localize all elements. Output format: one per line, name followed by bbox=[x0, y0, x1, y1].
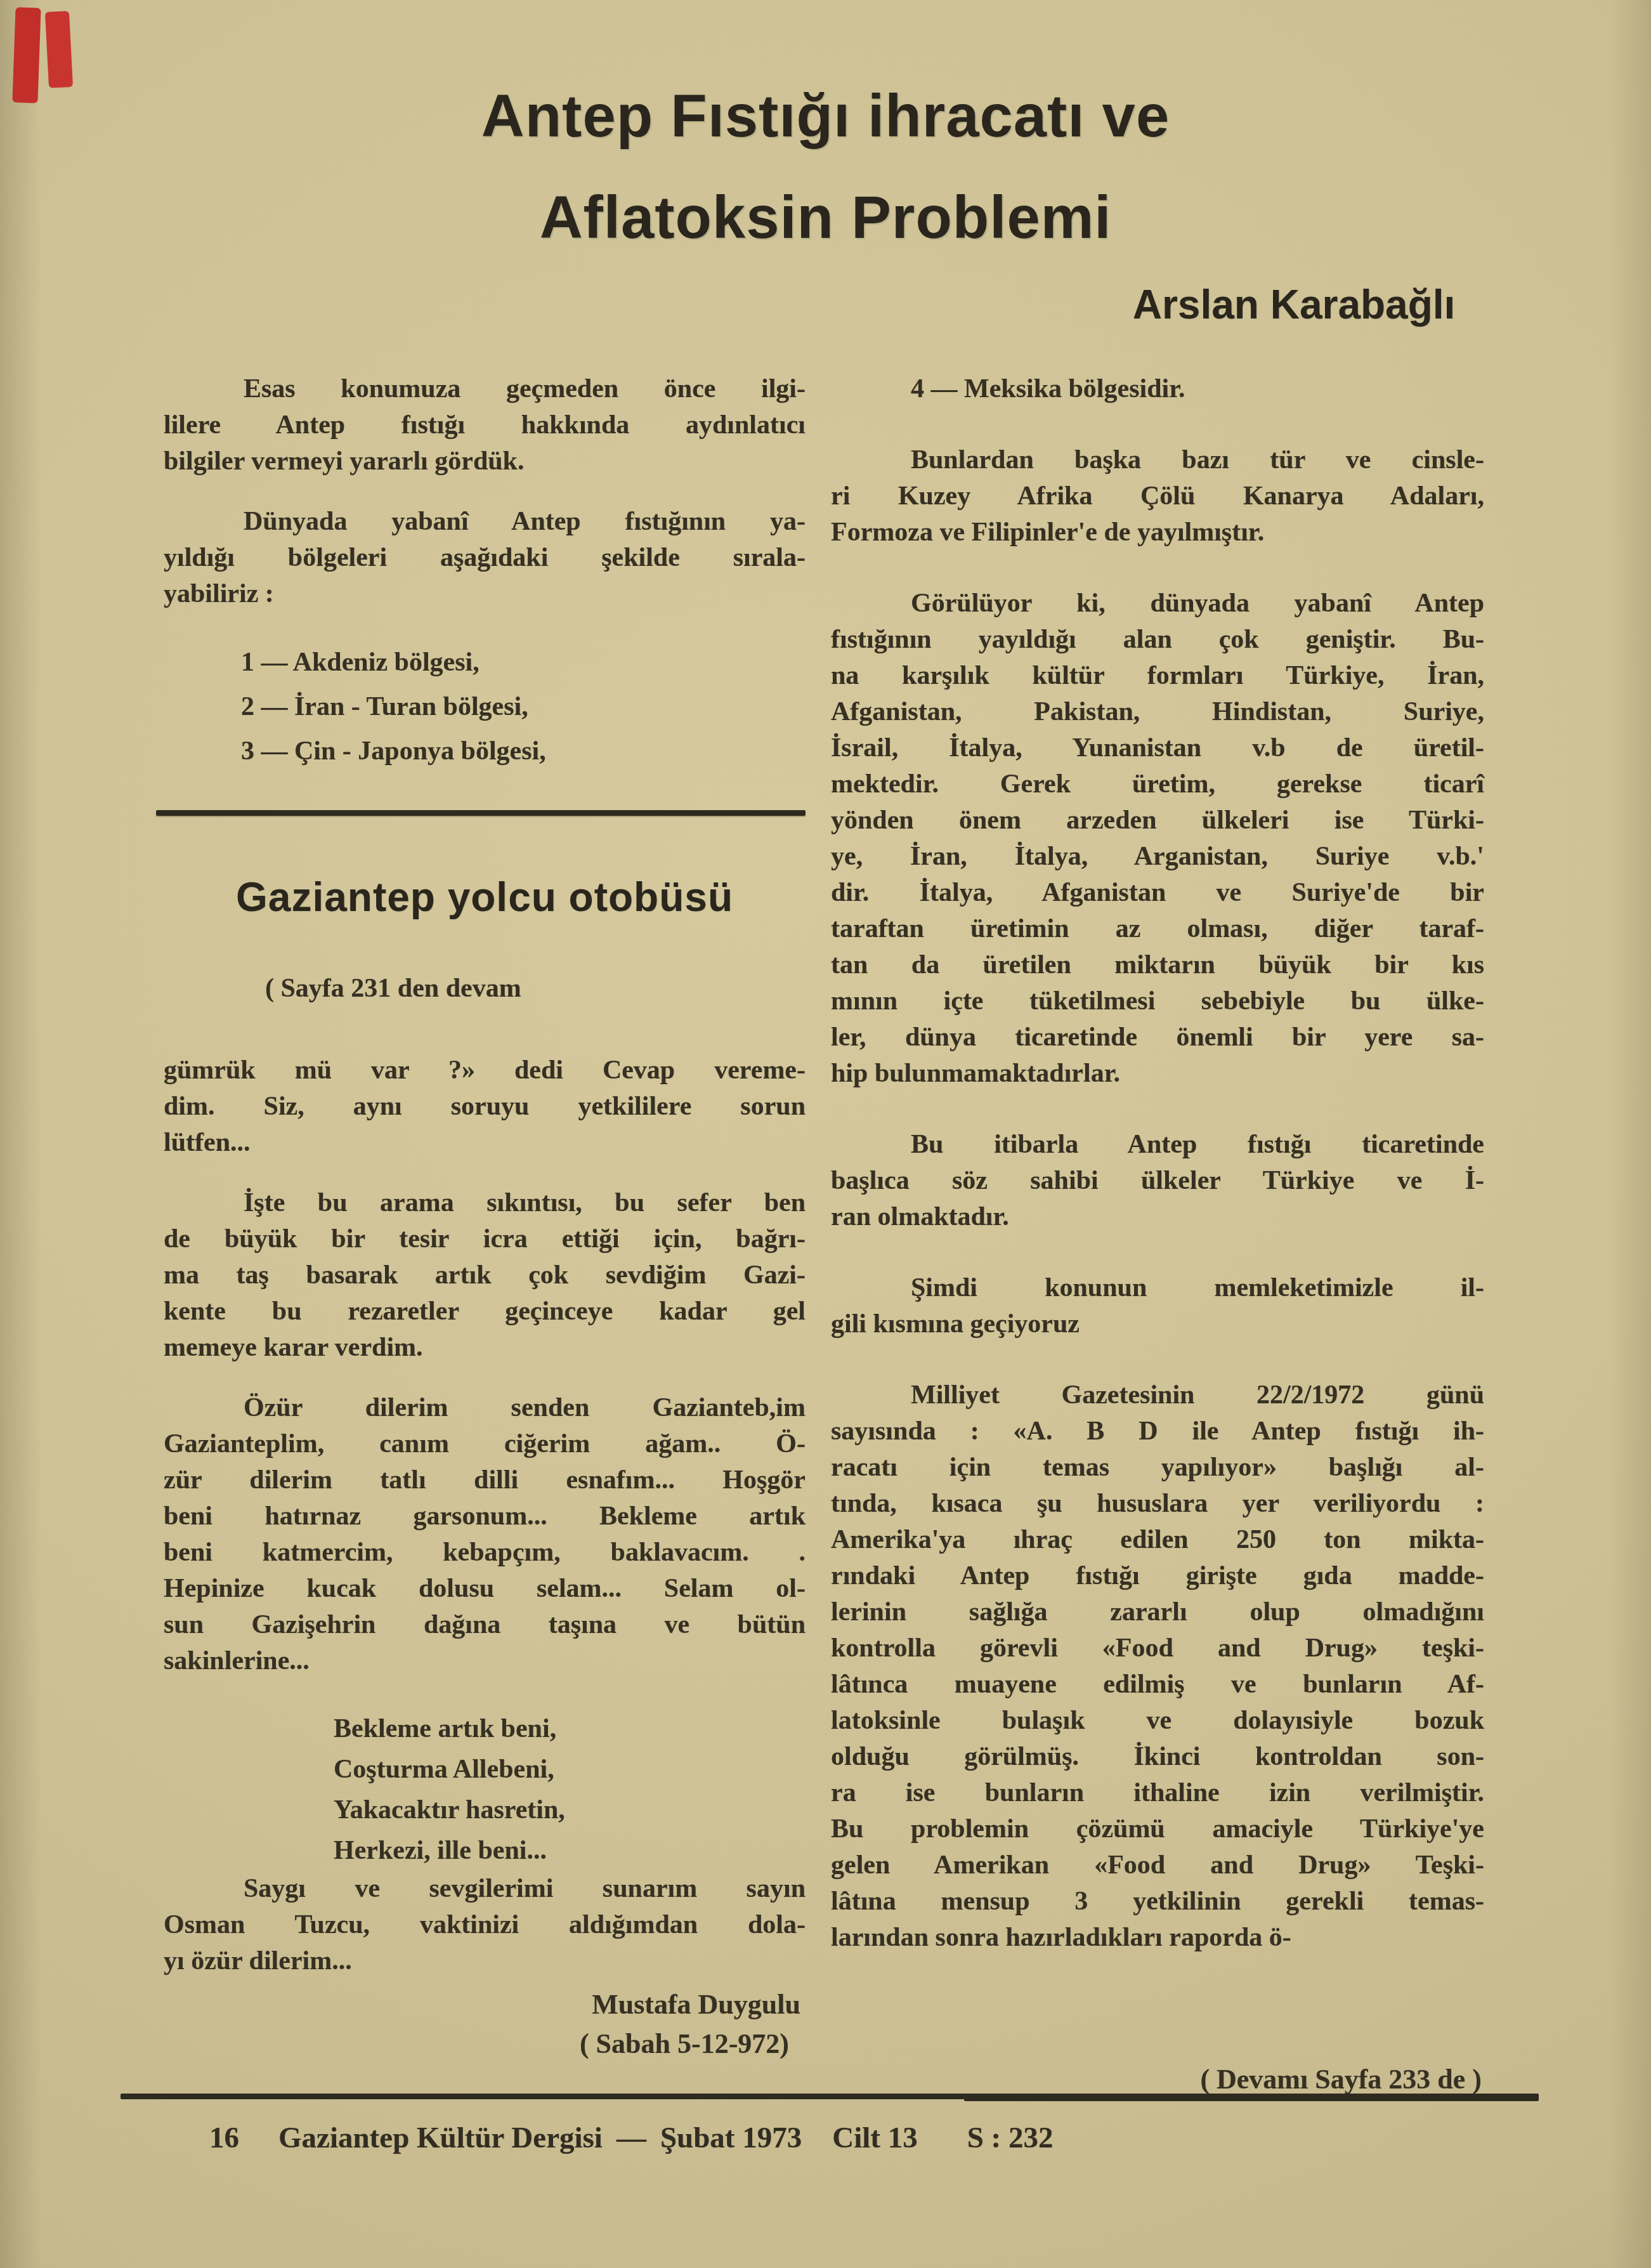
text-line: ye, İran, İtalya, Arganistan, Suriye v.b… bbox=[831, 839, 1484, 875]
text-line: ler, dünya ticaretinde önemli bir yere s… bbox=[831, 1019, 1484, 1056]
text-line: lütfen... bbox=[164, 1125, 806, 1161]
text-line: kente bu rezaretler geçinceye kadar gel bbox=[164, 1294, 806, 1330]
scanned-magazine-page: Antep Fıstığı ihracatı ve Aflatoksin Pro… bbox=[0, 0, 1651, 2268]
poem-block: Bekleme artık beni,Coşturma Allebeni,Yak… bbox=[334, 1708, 806, 1871]
text-line: yabiliriz : bbox=[164, 576, 806, 612]
text-line: memeye karar verdim. bbox=[164, 1330, 806, 1366]
text-line: lerinin sağlığa zararlı olup olmadığını bbox=[831, 1594, 1484, 1630]
text-line: Şimdi konunun memleketimizle il- bbox=[831, 1270, 1484, 1306]
footer-page-ref: S : 232 bbox=[967, 2119, 1054, 2157]
text-line: de büyük bir tesir icra ettiği için, bağ… bbox=[164, 1221, 806, 1257]
text-line: Hepinize kucak dolusu selam... Selam ol- bbox=[164, 1571, 806, 1607]
paragraph-regions-intro: Dünyada yabanî Antep fıstığının ya-yıldı… bbox=[164, 504, 806, 612]
paragraph-apology: Özür dilerim senden Gazianteb,imGaziante… bbox=[164, 1390, 806, 1679]
text-line: Yakacaktır hasretin, bbox=[334, 1790, 806, 1830]
left-column: Esas konumuza geçmeden önce ilgi-lilere … bbox=[164, 371, 806, 2063]
text-line: 3 — Çin - Japonya bölgesi, bbox=[241, 729, 806, 773]
paragraph-world-production: Görülüyor ki, dünyada yabanî Antepfıstığ… bbox=[831, 586, 1484, 1092]
footer-imprint: 16Gaziantep Kültür Dergisi—Şubat 1973Cil… bbox=[209, 2119, 1440, 2157]
text-line: Bu itibarla Antep fıstığı ticaretinde bbox=[831, 1127, 1484, 1163]
text-line: Formoza ve Filipinler'e de yayılmıştır. bbox=[831, 515, 1484, 551]
footer-journal-name: Gaziantep Kültür Dergisi bbox=[278, 2119, 603, 2157]
text-line: latoksinle bulaşık ve dolayısiyle bozuk bbox=[831, 1703, 1484, 1739]
text-line: yıldığı bölgeleri aşağıdaki şekilde sıra… bbox=[164, 540, 806, 576]
text-line: olduğu görülmüş. İkinci kontroldan son- bbox=[831, 1739, 1484, 1775]
text-line: İşte bu arama sıkıntısı, bu sefer ben bbox=[164, 1185, 806, 1221]
text-line: Gazianteplim, canım ciğerim ağam.. Ö- bbox=[164, 1426, 806, 1462]
text-line: hip bulunmamaktadırlar. bbox=[831, 1056, 1484, 1092]
text-line: yı özür dilerim... bbox=[164, 1943, 806, 1979]
text-line: larından sonra hazırladıkları raporda ö- bbox=[831, 1920, 1484, 1956]
text-line: 4 — Meksika bölgesidir. bbox=[831, 371, 1484, 407]
section-heading: Gaziantep yolcu otobüsü bbox=[164, 873, 806, 921]
red-mark-stroke bbox=[45, 11, 73, 88]
text-line: Özür dilerim senden Gazianteb,im bbox=[164, 1390, 806, 1426]
text-line: gelen Amerikan «Food and Drug» Teşki- bbox=[831, 1847, 1484, 1884]
text-line: başlıca söz sahibi ülkeler Türkiye ve İ- bbox=[831, 1163, 1484, 1199]
text-line: Milliyet Gazetesinin 22/2/1972 günü bbox=[831, 1377, 1484, 1413]
article-title-line-2: Aflatoksin Problemi bbox=[0, 183, 1651, 252]
text-line: Saygı ve sevgilerimi sunarım sayın bbox=[164, 1871, 806, 1907]
footer-volume: Cilt 13 bbox=[832, 2119, 917, 2157]
text-line: beni katmercim, kebapçım, baklavacım. . bbox=[164, 1535, 806, 1571]
continuation-note: ( Devamı Sayfa 233 de ) bbox=[831, 2061, 1484, 2099]
text-line: mının içte tüketilmesi sebebiyle bu ülke… bbox=[831, 983, 1484, 1019]
text-line: Afganistan, Pakistan, Hindistan, Suriye, bbox=[831, 694, 1484, 730]
text-line: Herkezi, ille beni... bbox=[334, 1830, 806, 1871]
paragraph-other-species: Bunlardan başka bazı tür ve cinsle-ri Ku… bbox=[831, 442, 1484, 551]
text-line: dir. İtalya, Afganistan ve Suriye'de bir bbox=[831, 875, 1484, 911]
text-line: Esas konumuza geçmeden önce ilgi- bbox=[164, 371, 806, 407]
footer-page-number: 16 bbox=[209, 2119, 239, 2157]
region-item-4: 4 — Meksika bölgesidir. bbox=[831, 371, 1484, 407]
text-line: mektedir. Gerek üretim, gerekse ticarî bbox=[831, 766, 1484, 803]
text-line: gümrük mü var ?» dedi Cevap vereme- bbox=[164, 1052, 806, 1089]
text-line: 1 — Akdeniz bölgesi, bbox=[241, 640, 806, 685]
text-line: ran olmaktadır. bbox=[831, 1199, 1484, 1235]
text-line: Bu problemin çözümü amaciyle Türkiye'ye bbox=[831, 1811, 1484, 1847]
text-line: beni hatırnaz garsonum... Bekleme artık bbox=[164, 1498, 806, 1535]
text-line: gili kısmına geçiyoruz bbox=[831, 1306, 1484, 1342]
text-line: sayısında : «A. B D ile Antep fıstığı ih… bbox=[831, 1413, 1484, 1450]
text-line: Bekleme artık beni, bbox=[334, 1708, 806, 1749]
paragraph-milliyet-news: Milliyet Gazetesinin 22/2/1972 günüsayıs… bbox=[831, 1377, 1484, 1956]
text-line: rındaki Antep fıstığı girişte gıda madde… bbox=[831, 1558, 1484, 1594]
text-line: sun Gazişehrin dağına taşına ve bütün bbox=[164, 1607, 806, 1643]
text-line: tan da üretilen miktarın büyük bir kıs bbox=[831, 947, 1484, 983]
text-line: İsrail, İtalya, Yunanistan v.b de üretil… bbox=[831, 730, 1484, 766]
text-line: dim. Siz, aynı soruyu yetkililere sorun bbox=[164, 1089, 806, 1125]
text-line: ra ise bunların ithaline izin verilmişti… bbox=[831, 1775, 1484, 1811]
paragraph-search-trouble: İşte bu arama sıkıntısı, bu sefer bende … bbox=[164, 1185, 806, 1366]
text-line: Bunlardan başka bazı tür ve cinsle- bbox=[831, 442, 1484, 478]
region-list: 1 — Akdeniz bölgesi,2 — İran - Turan böl… bbox=[241, 640, 806, 773]
footer-issue-date: Şubat 1973 bbox=[660, 2119, 802, 2157]
text-line: na karşılık kültür formları Türkiye, İra… bbox=[831, 658, 1484, 694]
text-line: yönden önem arzeden ülkeleri ise Türki- bbox=[831, 803, 1484, 839]
text-line: racatı için temas yapılıyor» başlığı al- bbox=[831, 1450, 1484, 1486]
section-divider-rule bbox=[156, 810, 806, 816]
text-line: Dünyada yabanî Antep fıstığının ya- bbox=[164, 504, 806, 540]
text-line: Osman Tuzcu, vaktinizi aldığımdan dola- bbox=[164, 1907, 806, 1943]
paragraph-transition: Şimdi konunun memleketimizle il-gili kıs… bbox=[831, 1270, 1484, 1342]
continued-from-note: ( Sayfa 231 den devam bbox=[265, 971, 806, 1007]
signature-source: ( Sabah 5-12-972) bbox=[164, 2025, 806, 2063]
text-line: lâtınca muayene edilmiş ve bunların Af- bbox=[831, 1667, 1484, 1703]
paragraph-regards: Saygı ve sevgilerimi sunarım sayınOsman … bbox=[164, 1871, 806, 1979]
article-title-line-1: Antep Fıstığı ihracatı ve bbox=[0, 81, 1651, 151]
text-line: sakinlerine... bbox=[164, 1643, 806, 1679]
paragraph-customs: gümrük mü var ?» dedi Cevap vereme-dim. … bbox=[164, 1052, 806, 1161]
footer-separator: — bbox=[617, 2119, 646, 2157]
text-line: Görülüyor ki, dünyada yabanî Antep bbox=[831, 586, 1484, 622]
signature-name: Mustafa Duygulu bbox=[164, 1986, 806, 2024]
text-line: kontrolla görevli «Food and Drug» teşki- bbox=[831, 1630, 1484, 1667]
text-line: zür dilerim tatlı dilli esnafım... Hoşgö… bbox=[164, 1462, 806, 1498]
text-line: ri Kuzey Afrika Çölü Kanarya Adaları, bbox=[831, 478, 1484, 515]
text-line: 2 — İran - Turan bölgesi, bbox=[241, 685, 806, 729]
text-line: lâtına mensup 3 yetkilinin gerekli temas… bbox=[831, 1884, 1484, 1920]
right-column: 4 — Meksika bölgesidir. Bunlardan başka … bbox=[831, 371, 1484, 2099]
text-line: ma taş basarak artık çok sevdiğim Gazi- bbox=[164, 1257, 806, 1294]
text-line: fıstığının yayıldığı alan çok geniştir. … bbox=[831, 622, 1484, 658]
paragraph-intro: Esas konumuza geçmeden önce ilgi-lilere … bbox=[164, 371, 806, 480]
text-line: lilere Antep fıstığı hakkında aydınlatıc… bbox=[164, 407, 806, 443]
paragraph-trade-leaders: Bu itibarla Antep fıstığı ticaretindebaş… bbox=[831, 1127, 1484, 1235]
text-line: tında, kısaca şu hususlara yer veriliyor… bbox=[831, 1486, 1484, 1522]
footer-rule bbox=[121, 2094, 1539, 2099]
text-line: Coşturma Allebeni, bbox=[334, 1749, 806, 1790]
author-byline: Arslan Karabağlı bbox=[945, 287, 1643, 323]
text-line: Amerika'ya ıhraç edilen 250 ton mikta- bbox=[831, 1522, 1484, 1558]
text-line: bilgiler vermeyi yararlı gördük. bbox=[164, 443, 806, 480]
text-line: taraftan üretimin az olması, diğer taraf… bbox=[831, 911, 1484, 947]
